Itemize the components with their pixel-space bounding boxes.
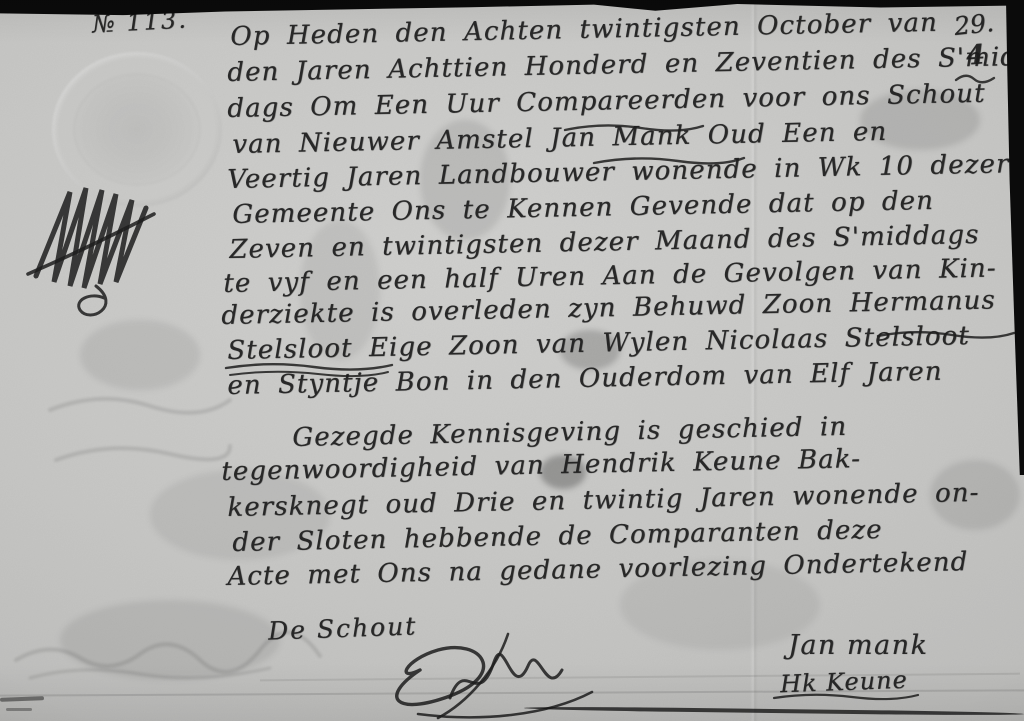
ink-blot [60,600,280,680]
scanned-death-record: № 113. 29. 4 Op Heden den Achten twintig… [0,0,1024,721]
signature-hk-keune: Hk Keune [780,666,909,698]
signature-jan-mank: Jan mank [788,630,928,661]
scan-edge-mark [0,696,44,702]
scan-edge-bottom [524,706,1024,716]
folio-number: 29. [953,8,996,41]
ink-blot [80,320,200,390]
bleed-through-scrawl [40,380,240,500]
embossed-seal [52,52,222,207]
closing-label: De Schout [268,611,418,645]
scan-edge-mark [6,708,32,711]
